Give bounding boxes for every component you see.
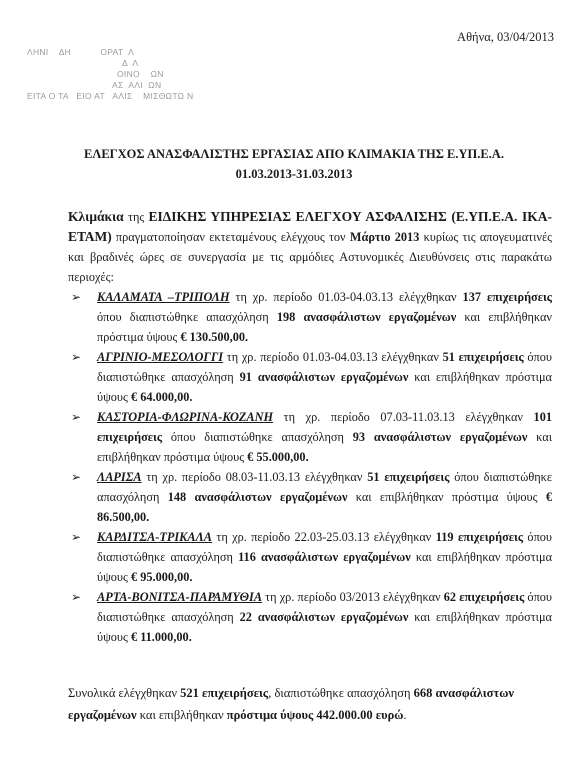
worker-count: 22 [240, 610, 252, 624]
fine-amount: € 55.000,00. [247, 450, 308, 464]
summary-text: . [403, 708, 406, 722]
arrow-bullet-icon: ➢ [71, 347, 81, 367]
business-count: 62 [444, 590, 456, 604]
letterhead-line: ΟΙΝΟ ΩΝ [27, 69, 193, 80]
arrow-bullet-icon: ➢ [71, 587, 81, 607]
worker-count: 148 [168, 490, 186, 504]
business-count: 101 [534, 410, 552, 424]
text: επιχειρήσεις [458, 530, 523, 544]
period: 03/2013 [340, 590, 380, 604]
period: 01.03-04.03.13 [318, 290, 393, 304]
total-businesses: 521 επιχειρήσεις [180, 686, 268, 700]
text: ανασφάλιστων εργαζομένων [374, 430, 527, 444]
arrow-bullet-icon: ➢ [71, 287, 81, 307]
document-title: ΕΛΕΓΧΟΣ ΑΝΑΣΦΑΛΙΣΤΗΣ ΕΡΓΑΣΙΑΣ ΑΠΟ ΚΛΙΜΑΚ… [0, 144, 588, 184]
text: ανασφάλιστων εργαζομένων [261, 550, 411, 564]
region-name: ΛΑΡΙΣΑ [97, 470, 142, 484]
text: ελέγχθηκαν [378, 350, 443, 364]
text: ανασφάλιστων εργαζομένων [258, 370, 409, 384]
letterhead-line: ΛΗΝΙ ΔΗ ΟΡΑΤ Λ [27, 47, 193, 58]
business-count: 51 [367, 470, 379, 484]
period: 22.03-25.03.13 [295, 530, 370, 544]
region-item: ➢ΚΑΛΑΜΑΤΑ –ΤΡΙΠΟΛΗ τη χρ. περίοδο 01.03-… [59, 287, 552, 347]
text: τη χρ. περίοδο [262, 590, 340, 604]
summary-text: , διαπιστώθηκε απασχόληση [268, 686, 413, 700]
title-date-range: 01.03.2013-31.03.2013 [0, 164, 588, 184]
region-name: ΚΑΛΑΜΑΤΑ –ΤΡΙΠΟΛΗ [97, 290, 230, 304]
region-item: ➢ΑΡΤΑ-ΒΟΝΙΤΣΑ-ΠΑΡΑΜΥΘΙΑ τη χρ. περίοδο 0… [59, 587, 552, 647]
text: ανασφάλιστων εργαζομένων [303, 310, 456, 324]
business-count: 119 [436, 530, 454, 544]
letterhead-line: ΕΙΤΑ Ο ΤΑ ΕΙΟ ΑΤ ΑΛΙΣ ΜΙΣΘΩΤΩ Ν [27, 91, 193, 102]
worker-count: 116 [238, 550, 256, 564]
text: ελέγχθηκαν [393, 290, 462, 304]
text: όπου διαπιστώθηκε απασχόληση [97, 310, 277, 324]
total-fines: πρόστιμα ύψους 442.000.00 ευρώ [227, 708, 404, 722]
text: ανασφάλιστων εργαζομένων [258, 610, 409, 624]
worker-count: 91 [240, 370, 252, 384]
text: και επιβλήθηκαν πρόστιμα ύψους [347, 490, 545, 504]
text: ελέγχθηκαν [380, 590, 444, 604]
letterhead-faded: ΛΗΝΙ ΔΗ ΟΡΑΤ Λ Δ Λ ΟΙΝΟ ΩΝ ΑΣ ΑΛΙ ΩΝ ΕΙΤ… [27, 47, 193, 102]
text: επιχειρήσεις [459, 350, 524, 364]
region-item: ➢ΛΑΡΙΣΑ τη χρ. περίοδο 08.03-11.03.13 ελ… [59, 467, 552, 527]
month: Μάρτιο 2013 [350, 230, 420, 244]
period: 07.03-11.03.13 [380, 410, 454, 424]
summary-text: Συνολικά ελέγχθηκαν [68, 686, 180, 700]
intro-paragraph: Κλιμάκια της ΕΙΔΙΚΗΣ ΥΠΗΡΕΣΙΑΣ ΕΛΕΓΧΟΥ Α… [68, 207, 552, 287]
document-body: Κλιμάκια της ΕΙΔΙΚΗΣ ΥΠΗΡΕΣΙΑΣ ΕΛΕΓΧΟΥ Α… [68, 207, 552, 647]
business-count: 137 [463, 290, 481, 304]
region-name: ΚΑΡΔΙΤΣΑ-ΤΡΙΚΑΛΑ [97, 530, 212, 544]
fine-amount: € 11.000,00. [131, 630, 192, 644]
text: επιχειρήσεις [487, 290, 552, 304]
text: τη χρ. περίοδο [230, 290, 319, 304]
text: τη χρ. περίοδο [142, 470, 226, 484]
letterhead-line: ΑΣ ΑΛΙ ΩΝ [27, 80, 193, 91]
arrow-bullet-icon: ➢ [71, 407, 81, 427]
fine-amount: € 64.000,00. [131, 390, 192, 404]
intro-lead: Κλιμάκια [68, 209, 124, 224]
text: επιχειρήσεις [97, 430, 162, 444]
text: επιχειρήσεις [384, 470, 449, 484]
text: ανασφάλιστων εργαζομένων [195, 490, 348, 504]
text: τη χρ. περίοδο [273, 410, 380, 424]
worker-count: 198 [277, 310, 295, 324]
worker-count: 93 [353, 430, 365, 444]
region-item: ➢ΚΑΣΤΟΡΙΑ-ΦΛΩΡΙΝΑ-ΚΟΖΑΝΗ τη χρ. περίοδο … [59, 407, 552, 467]
arrow-bullet-icon: ➢ [71, 467, 81, 487]
document-date: Αθήνα, 03/04/2013 [457, 30, 554, 45]
summary-paragraph: Συνολικά ελέγχθηκαν 521 επιχειρήσεις, δι… [68, 682, 552, 726]
title-line-1: ΕΛΕΓΧΟΣ ΑΝΑΣΦΑΛΙΣΤΗΣ ΕΡΓΑΣΙΑΣ ΑΠΟ ΚΛΙΜΑΚ… [0, 144, 588, 164]
region-item: ➢ΚΑΡΔΙΤΣΑ-ΤΡΙΚΑΛΑ τη χρ. περίοδο 22.03-2… [59, 527, 552, 587]
arrow-bullet-icon: ➢ [71, 527, 81, 547]
text: ελέγχθηκαν [369, 530, 435, 544]
text: όπου διαπιστώθηκε απασχόληση [162, 430, 353, 444]
region-item: ➢ΑΓΡΙΝΙΟ-ΜΕΣΟΛΟΓΓΙ τη χρ. περίοδο 01.03-… [59, 347, 552, 407]
intro-text: πραγματοποίησαν εκτεταμένους ελέγχους το… [112, 230, 350, 244]
period: 08.03-11.03.13 [226, 470, 300, 484]
intro-text: της [124, 210, 149, 224]
period: 01.03-04.03.13 [303, 350, 378, 364]
region-name: ΚΑΣΤΟΡΙΑ-ΦΛΩΡΙΝΑ-ΚΟΖΑΝΗ [97, 410, 273, 424]
business-count: 51 [443, 350, 455, 364]
text: επιχειρήσεις [459, 590, 524, 604]
fine-amount: € 130.500,00. [180, 330, 248, 344]
region-list: ➢ΚΑΛΑΜΑΤΑ –ΤΡΙΠΟΛΗ τη χρ. περίοδο 01.03-… [68, 287, 552, 647]
summary-text: και επιβλήθηκαν [137, 708, 227, 722]
text: ελέγχθηκαν [300, 470, 367, 484]
text: τη χρ. περίοδο [223, 350, 303, 364]
region-name: ΑΡΤΑ-ΒΟΝΙΤΣΑ-ΠΑΡΑΜΥΘΙΑ [97, 590, 262, 604]
fine-amount: € 95.000,00. [131, 570, 192, 584]
region-name: ΑΓΡΙΝΙΟ-ΜΕΣΟΛΟΓΓΙ [97, 350, 223, 364]
text: ελέγχθηκαν [455, 410, 534, 424]
letterhead-line: Δ Λ [27, 58, 193, 69]
text: τη χρ. περίοδο [212, 530, 295, 544]
